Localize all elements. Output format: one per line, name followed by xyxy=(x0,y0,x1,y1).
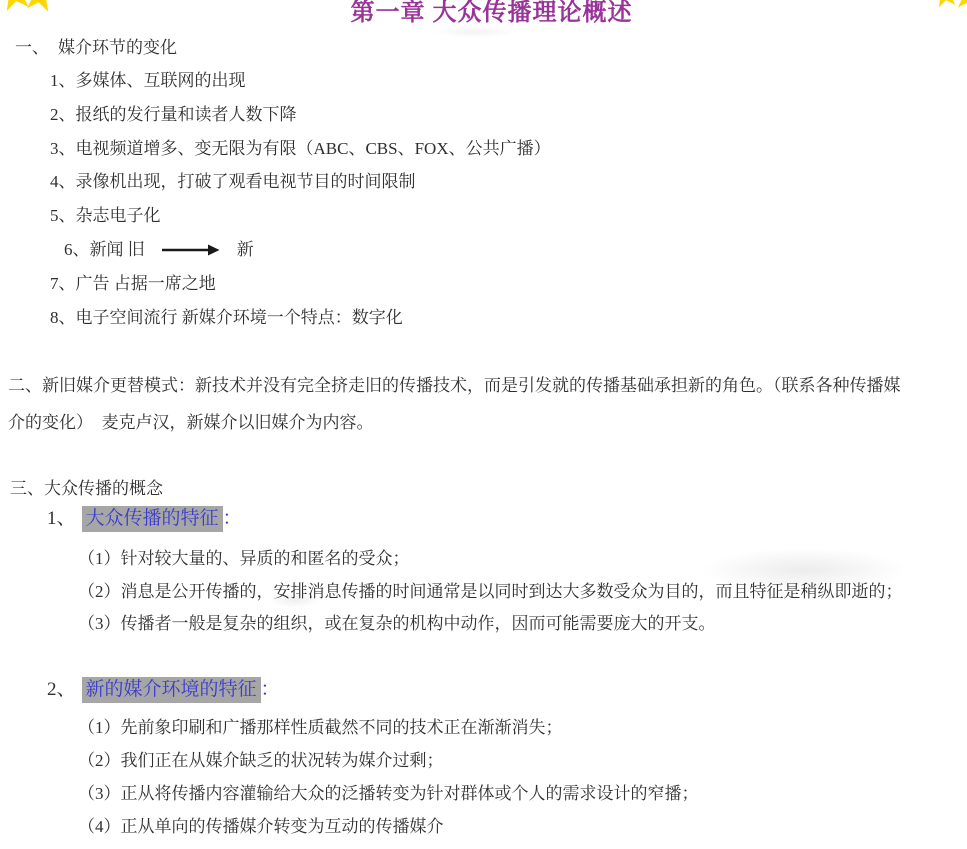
list-item-4: 4、录像机出现，打破了观看电视节目的时间限制 xyxy=(50,170,416,193)
page-title: 第一章 大众传播理论概述 xyxy=(8,0,967,27)
subsection2-heading: 2、新的媒介环境的特征： xyxy=(47,677,280,702)
list-item-3: 3、电视频道增多、变无限为有限（ABC、CBS、FOX、公共广播） xyxy=(50,137,551,160)
subsection2-number: 2、 xyxy=(47,679,76,700)
arrow-right-icon xyxy=(162,244,220,256)
sub1-item-2: （2）消息是公开传播的，安排消息传播的时间通常是以同时到达大多数受众为目的，而且… xyxy=(78,580,903,603)
list-item-7: 7、广告 占据一席之地 xyxy=(50,272,216,295)
highlighted-text: 新的媒介环境的特征 xyxy=(82,677,261,703)
list-item-6: 6、新闻 旧 新 xyxy=(64,238,254,261)
list-item-2: 2、报纸的发行量和读者人数下降 xyxy=(50,103,297,126)
section1-number: 一、 xyxy=(15,36,49,59)
notes-page: ★ ★ ★ ★ 第一章 大众传播理论概述 一、媒介环节的变化 1、多媒体、互联网… xyxy=(0,0,967,849)
sub1-item-3: （3）传播者一般是复杂的组织，或在复杂的机构中动作，因而可能需要庞大的开支。 xyxy=(78,612,716,635)
section2-paragraph-line2: 介的变化） 麦克卢汉，新媒介以旧媒介为内容。 xyxy=(8,411,374,434)
list-item-8: 8、电子空间流行 新媒介环境一个特点：数字化 xyxy=(50,306,403,329)
item6-suffix: 新 xyxy=(237,238,254,261)
highlighted-text: 大众传播的特征 xyxy=(82,506,223,532)
sub2-item-4: （4）正从单向的传播媒介转变为互动的传播媒介 xyxy=(78,815,444,838)
section1-heading-text: 媒介环节的变化 xyxy=(58,38,177,57)
section2-paragraph-line1: 二、新旧媒介更替模式：新技术并没有完全挤走旧的传播技术，而是引发就的传播基础承担… xyxy=(8,374,901,397)
sub2-item-1: （1）先前象印刷和广播那样性质截然不同的技术正在渐渐消失； xyxy=(78,716,563,739)
section1-heading: 一、媒介环节的变化 xyxy=(15,36,177,59)
sub2-item-3: （3）正从将传播内容灌输给大众的泛播转变为针对群体或个人的需求设计的窄播； xyxy=(78,782,699,805)
scan-artifact xyxy=(430,26,520,38)
sub1-item-1: （1）针对较大量的、异质的和匿名的受众； xyxy=(78,547,410,570)
subsection1-colon: ： xyxy=(223,508,242,529)
list-item-1: 1、多媒体、互联网的出现 xyxy=(50,69,246,92)
subsection2-colon: ： xyxy=(261,679,280,700)
subsection1-number: 1、 xyxy=(47,508,76,529)
section3-heading: 三、大众传播的概念 xyxy=(10,477,163,500)
sub2-item-2: （2）我们正在从媒介缺乏的状况转为媒介过剩； xyxy=(78,749,444,772)
item6-prefix: 6、新闻 旧 xyxy=(64,238,145,261)
subsection1-heading: 1、大众传播的特征： xyxy=(47,506,242,531)
list-item-5: 5、杂志电子化 xyxy=(50,204,161,227)
